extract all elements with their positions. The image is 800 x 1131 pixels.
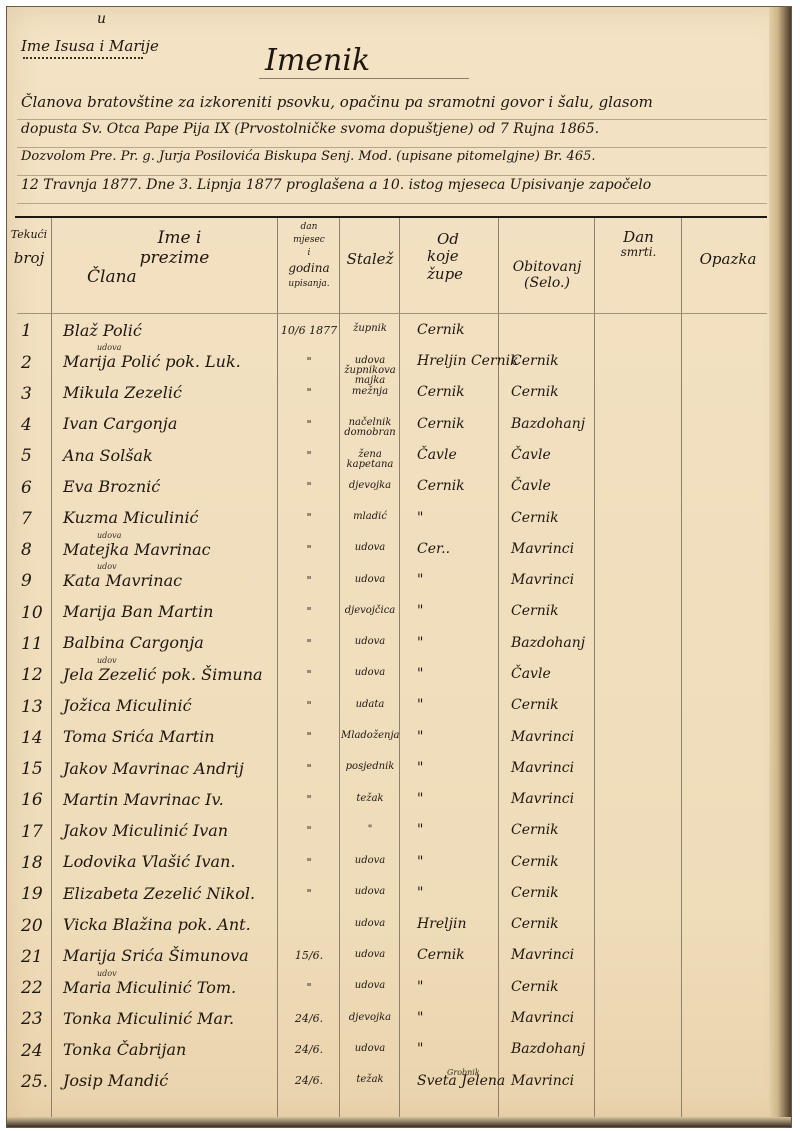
- social-status: udova: [341, 543, 399, 553]
- member-name: Toma Srića Martin: [63, 727, 215, 746]
- parish: Hreljin: [417, 916, 467, 932]
- social-status: posjednik: [341, 762, 399, 772]
- member-name: Ivan Cargonja: [63, 414, 177, 433]
- member-name: Jakov Mavrinac Andrij: [63, 759, 244, 778]
- social-status: župnik: [341, 324, 399, 334]
- register-page: u Ime Isusa i Marije Imenik Članova brat…: [6, 6, 792, 1128]
- parish: ": [417, 1041, 423, 1057]
- row-number: 13: [21, 697, 43, 717]
- village: Mavrinci: [511, 541, 574, 557]
- column-header-village: Obitovanj (Selo.): [500, 259, 594, 291]
- enrollment-date: 24/6.: [279, 1074, 339, 1087]
- ruled-line: [17, 203, 767, 204]
- member-name: Ana Solšak: [63, 446, 153, 465]
- enrollment-date: ": [279, 793, 339, 806]
- column-divider: [681, 218, 682, 1117]
- parish: Cernik: [417, 322, 465, 338]
- social-status: djevojčica: [341, 606, 399, 616]
- member-name: Eva Broznić: [63, 477, 160, 496]
- village: Bazdohanj: [511, 1041, 585, 1057]
- village: Cernik: [511, 854, 559, 870]
- row-number: 8: [21, 540, 32, 560]
- enrollment-date: ": [279, 730, 339, 743]
- title-prefix-superscript: u: [97, 11, 106, 27]
- enrollment-date: ": [279, 605, 339, 618]
- social-status: udova: [341, 981, 399, 991]
- social-status: udova župnikova majka: [341, 356, 399, 386]
- ruled-line: [17, 119, 767, 120]
- village: Mavrinci: [511, 572, 574, 588]
- column-header-note: Opazka: [683, 251, 773, 268]
- parish: Cernik: [417, 384, 465, 400]
- parish: Cernik: [417, 947, 465, 963]
- village: Mavrinci: [511, 791, 574, 807]
- enrollment-date: ": [279, 511, 339, 524]
- member-name: Mikula Zezelić: [63, 383, 182, 402]
- social-status: žena kapetana: [341, 450, 399, 470]
- member-name: Maria Miculinić Tom.: [63, 978, 236, 997]
- parish: ": [417, 822, 423, 838]
- parish: ": [417, 572, 423, 588]
- village: Cernik: [511, 510, 559, 526]
- village: Cernik: [511, 384, 559, 400]
- village: Mavrinci: [511, 729, 574, 745]
- intro-line-1: Članova bratovštine za izkoreniti psovku…: [21, 93, 653, 111]
- parish: ": [417, 510, 423, 526]
- enrollment-date: ": [279, 355, 339, 368]
- column-header-status: Stalež: [341, 251, 399, 268]
- social-status: Mladoženja: [341, 731, 399, 741]
- row-number: 2: [21, 353, 32, 373]
- village: Cernik: [511, 822, 559, 838]
- enrollment-date: ": [279, 668, 339, 681]
- page-title: Imenik: [265, 43, 370, 78]
- parish: Cer..: [417, 541, 450, 557]
- social-status: djevojka: [341, 481, 399, 491]
- member-name: Marija Srića Šimunova: [63, 946, 249, 965]
- social-status: mladić: [341, 512, 399, 522]
- title-prefix-underline: [23, 57, 143, 59]
- member-name: Matejka Mavrinac: [63, 540, 211, 559]
- row-number: 4: [21, 415, 32, 435]
- row-number: 22: [21, 978, 43, 998]
- page-title-underline: [259, 78, 469, 79]
- village: Bazdohanj: [511, 416, 585, 432]
- row-number: 15: [21, 759, 43, 779]
- book-binding: [769, 7, 791, 1127]
- social-status: načelnik domobran: [341, 418, 399, 438]
- member-name: Marija Ban Martin: [63, 602, 213, 621]
- row-number: 7: [21, 509, 32, 529]
- enrollment-date: ": [279, 480, 339, 493]
- member-name: Kata Mavrinac: [63, 571, 182, 590]
- village: Cernik: [511, 916, 559, 932]
- column-header-name: Ime i prezime Člana: [57, 229, 272, 288]
- village: Mavrinci: [511, 1010, 574, 1026]
- social-status: udova: [341, 887, 399, 897]
- member-name: Jožica Miculinić: [63, 696, 192, 715]
- row-number: 17: [21, 822, 43, 842]
- social-status: težak: [341, 1075, 399, 1085]
- parish: ": [417, 791, 423, 807]
- enrollment-date: 24/6.: [279, 1043, 339, 1056]
- parish: ": [417, 760, 423, 776]
- enrollment-date: ": [279, 386, 339, 399]
- name-annotation: udova: [97, 343, 121, 352]
- member-name: Elizabeta Zezelić Nikol.: [63, 884, 255, 903]
- name-annotation: udov: [97, 656, 117, 665]
- name-annotation: udov: [97, 969, 117, 978]
- village: Mavrinci: [511, 1073, 574, 1089]
- enrollment-date: ": [279, 699, 339, 712]
- row-number: 3: [21, 384, 32, 404]
- parish: ": [417, 854, 423, 870]
- row-number: 6: [21, 478, 32, 498]
- parish: ": [417, 697, 423, 713]
- row-number: 20: [21, 916, 43, 936]
- row-number: 21: [21, 947, 43, 967]
- social-status: udova: [341, 637, 399, 647]
- column-header-death: Dan smrti.: [596, 229, 681, 260]
- social-status: udova: [341, 919, 399, 929]
- row-number: 5: [21, 446, 32, 466]
- village: Čavle: [511, 478, 551, 494]
- member-name: Martin Mavrinac Iv.: [63, 790, 224, 809]
- enrollment-date: ": [279, 824, 339, 837]
- row-number: 12: [21, 665, 43, 685]
- parish: Cernik: [417, 416, 465, 432]
- page-bottom-edge: [7, 1117, 791, 1127]
- member-name: Tonka Čabrijan: [63, 1040, 186, 1059]
- enrollment-date: ": [279, 418, 339, 431]
- row-number: 16: [21, 790, 43, 810]
- row-divider: [17, 313, 767, 314]
- village: Bazdohanj: [511, 635, 585, 651]
- enrollment-date: 10/6 1877: [279, 324, 339, 337]
- row-number: 19: [21, 884, 43, 904]
- enrollment-date: ": [279, 981, 339, 994]
- parish: Čavle: [417, 447, 457, 463]
- parish: ": [417, 979, 423, 995]
- column-divider: [51, 218, 52, 1117]
- parish: Hreljin Cernik: [417, 353, 519, 369]
- enrollment-date: ": [279, 449, 339, 462]
- village: Cernik: [511, 603, 559, 619]
- enrollment-date: ": [279, 856, 339, 869]
- column-divider: [277, 218, 278, 1117]
- intro-line-4: 12 Travnja 1877. Dne 3. Lipnja 1877 prog…: [21, 177, 651, 193]
- column-header-num: Tekući broj: [9, 229, 49, 267]
- enrollment-date: ": [279, 637, 339, 650]
- social-status: ": [341, 825, 399, 835]
- social-status: težak: [341, 794, 399, 804]
- member-name: Jakov Miculinić Ivan: [63, 821, 228, 840]
- member-name: Marija Polić pok. Luk.: [63, 352, 241, 371]
- row-number: 14: [21, 728, 43, 748]
- social-status: djevojka: [341, 1013, 399, 1023]
- row-number: 10: [21, 603, 43, 623]
- column-divider: [399, 218, 400, 1117]
- row-number: 25.: [21, 1072, 48, 1092]
- column-header-parish: Od koje župe: [407, 231, 495, 283]
- column-header-date: dan mjesec i godina upisanja.: [279, 221, 339, 291]
- row-number: 18: [21, 853, 43, 873]
- social-status: udova: [341, 1044, 399, 1054]
- enrollment-date: 15/6.: [279, 949, 339, 962]
- village: Cernik: [511, 353, 559, 369]
- parish: Cernik: [417, 478, 465, 494]
- title-prefix: Ime Isusa i Marije: [21, 37, 159, 55]
- row-number: 1: [21, 321, 32, 341]
- member-name: Blaž Polić: [63, 321, 142, 340]
- enrollment-date: 24/6.: [279, 1012, 339, 1025]
- member-name: Jela Zezelić pok. Šimuna: [63, 665, 263, 684]
- column-divider: [339, 218, 340, 1117]
- social-status: mežnja: [341, 387, 399, 397]
- social-status: udova: [341, 856, 399, 866]
- enrollment-date: ": [279, 543, 339, 556]
- member-name: Lodovika Vlašić Ivan.: [63, 852, 235, 871]
- member-name: Balbina Cargonja: [63, 633, 204, 652]
- name-annotation: udova: [97, 531, 121, 540]
- enrollment-date: ": [279, 887, 339, 900]
- enrollment-date: ": [279, 762, 339, 775]
- row-number: 23: [21, 1009, 43, 1029]
- member-name: Vicka Blažina pok. Ant.: [63, 915, 251, 934]
- village: Mavrinci: [511, 760, 574, 776]
- intro-line-3: Dozvolom Pre. Pr. g. Jurja Posilovića Bi…: [21, 149, 596, 164]
- parish: ": [417, 885, 423, 901]
- row-number: 11: [21, 634, 43, 654]
- village: Mavrinci: [511, 947, 574, 963]
- village: Cernik: [511, 979, 559, 995]
- social-status: udova: [341, 575, 399, 585]
- row-number: 9: [21, 571, 32, 591]
- row-number: 24: [21, 1041, 43, 1061]
- parish-annotation: Grobnik: [447, 1068, 480, 1077]
- column-divider: [594, 218, 595, 1117]
- village: Čavle: [511, 666, 551, 682]
- ruled-line: [17, 175, 767, 176]
- member-name: Kuzma Miculinić: [63, 508, 199, 527]
- member-name: Josip Mandić: [63, 1071, 168, 1090]
- ruled-line: [17, 147, 767, 148]
- header-divider: [15, 216, 767, 218]
- social-status: udata: [341, 700, 399, 710]
- village: Cernik: [511, 697, 559, 713]
- parish: ": [417, 603, 423, 619]
- social-status: udova: [341, 668, 399, 678]
- member-name: Tonka Miculinić Mar.: [63, 1009, 234, 1028]
- parish: ": [417, 635, 423, 651]
- parish: ": [417, 729, 423, 745]
- parish: ": [417, 666, 423, 682]
- enrollment-date: ": [279, 574, 339, 587]
- village: Čavle: [511, 447, 551, 463]
- social-status: udova: [341, 950, 399, 960]
- village: Cernik: [511, 885, 559, 901]
- parish: ": [417, 1010, 423, 1026]
- intro-line-2: dopusta Sv. Otca Pape Pija IX (Prvostoln…: [21, 121, 599, 137]
- name-annotation: udov: [97, 562, 117, 571]
